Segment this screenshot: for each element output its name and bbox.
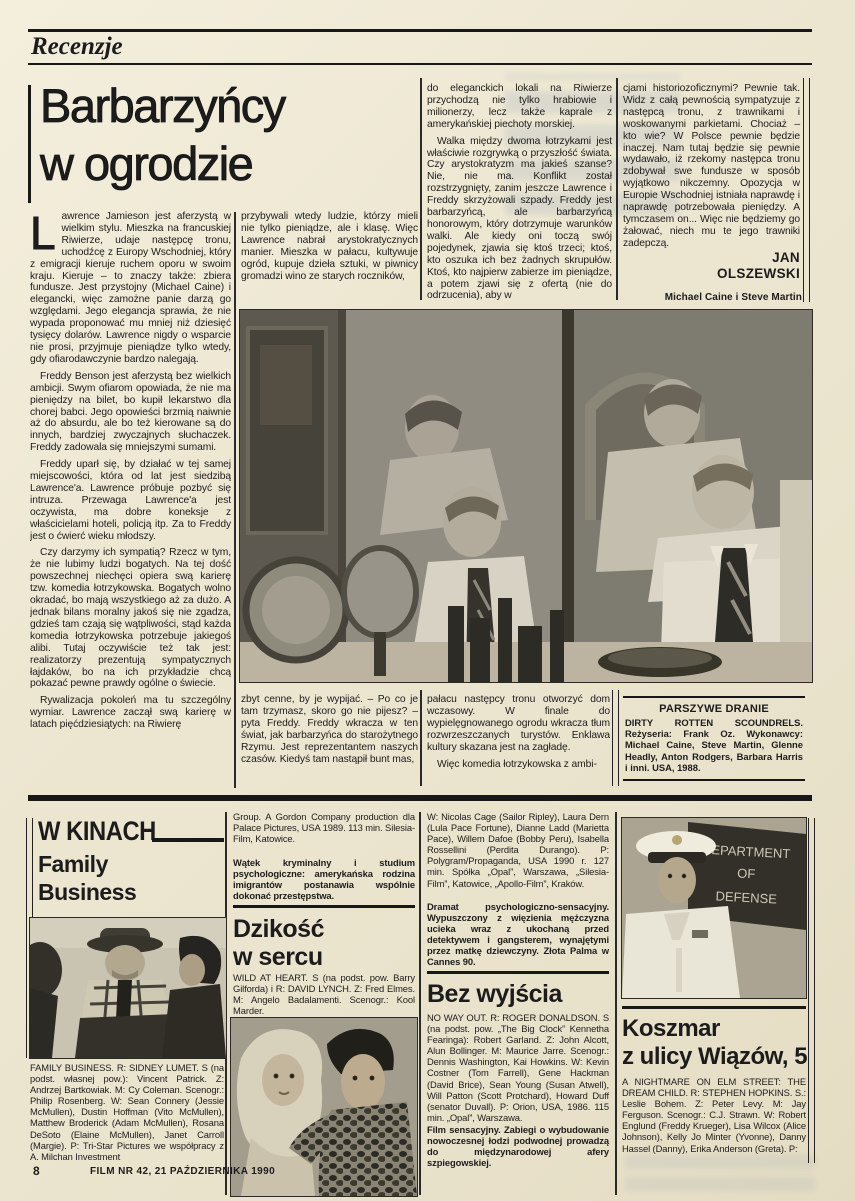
wild-at-heart-credits-continued: W: Nicolas Cage (Sailor Ripley), Laura D… xyxy=(427,811,609,889)
top-rule xyxy=(28,29,812,32)
sign-text-line2: OF xyxy=(737,866,756,882)
article-column-4-top: cjami historiozoficznymi? Pewnie tak. Wi… xyxy=(623,83,800,255)
print-bleed-through xyxy=(625,1155,815,1191)
article-column-3-top: do eleganckich lokali na Riwierze przych… xyxy=(427,83,612,307)
article-column-3-bottom: pałacu następcy tronu otworzyć dom wczas… xyxy=(427,694,610,770)
no-way-out-credits: NO WAY OUT. R: ROGER DONALDSON. S (na po… xyxy=(427,1012,609,1123)
credit-box-body: DIRTY ROTTEN SCOUNDRELS. Reżyseria: Fran… xyxy=(625,717,803,773)
column-separator xyxy=(419,812,421,1195)
entry-divider xyxy=(233,905,415,908)
section-label: Recenzje xyxy=(31,33,123,61)
family-business-credits: FAMILY BUSINESS. R: SIDNEY LUMET. S (na … xyxy=(30,1062,224,1162)
column-separator xyxy=(420,78,422,300)
paragraph: do eleganckich lokali na Riwierze przych… xyxy=(427,83,612,131)
issue-line: FILM NR 42, 21 PAŹDZIERNIKA 1990 xyxy=(90,1166,275,1177)
masthead-rule xyxy=(28,63,812,65)
credit-box-title: PARSZYWE DRANIE xyxy=(625,703,803,715)
wild-at-heart-credits: WILD AT HEART. S (na podst. pow. Barry G… xyxy=(233,972,415,1016)
photo-caption: Michael Caine i Steve Martin xyxy=(623,292,802,303)
magazine-page: { "colors": {"paper": "#ece6d2", "ink": … xyxy=(0,0,855,1201)
no-way-out-synopsis: Film sensacyjny. Zabiegi o wybudowanie n… xyxy=(427,1124,609,1168)
section-divider xyxy=(28,795,812,801)
nightmare-title-line2: z ulicy Wiązów, 5 xyxy=(622,1044,807,1070)
column-separator xyxy=(234,212,236,788)
wild-at-heart-title-line2: w sercu xyxy=(233,944,323,970)
wild-at-heart-synopsis: Dramat psychologiczno-sensacyjny. Wypusz… xyxy=(427,901,609,968)
article-title-line2: w ogrodzie xyxy=(40,138,252,190)
entry-divider xyxy=(427,971,609,974)
paragraph: pałacu następcy tronu otworzyć dom wczas… xyxy=(427,694,610,754)
column-separator-double xyxy=(612,690,619,786)
family-business-synopsis: Wątek kryminalny i studium psychologiczn… xyxy=(233,857,415,901)
photo-no-way-out: DEPARTMENT OF DEFENSE xyxy=(622,818,806,998)
byline-line1: JAN xyxy=(623,250,800,266)
article-photo-dirty-rotten-scoundrels xyxy=(240,310,812,682)
column-separator xyxy=(615,812,617,1195)
family-business-title-line2: Business xyxy=(38,879,136,905)
article-title-line1: Barbarzyńcy xyxy=(40,80,285,132)
cinema-section-header: W KINACH xyxy=(38,816,156,847)
byline-line2: OLSZEWSKI xyxy=(623,266,800,282)
header-tail-rule xyxy=(152,838,224,842)
article-column-1: Lawrence Jamieson jest aferzystą w wielk… xyxy=(30,211,231,789)
paragraph: Więc komedia łotrzykowska z ambi- xyxy=(427,759,610,771)
right-margin-rule xyxy=(808,818,815,1163)
paragraph: Czy darzymy ich sympatią? Rzecz w tym, ż… xyxy=(30,547,231,690)
paragraph: zbyt cenne, by je wypijać. – Po co je ta… xyxy=(241,694,418,765)
family-business-credits-continued: Group. A Gordon Company production dla P… xyxy=(233,811,415,844)
film-credit-box: PARSZYWE DRANIE DIRTY ROTTEN SCOUNDRELS.… xyxy=(623,696,805,781)
nightmare-credits: A NIGHTMARE ON ELM STREET: THE DREAM CHI… xyxy=(622,1076,806,1154)
headline-side-bar xyxy=(28,85,31,203)
paragraph: przybywali wtedy ludzie, którzy mieli ni… xyxy=(241,211,418,282)
paragraph: Walka między dwoma łotrzykami jest właśc… xyxy=(427,136,612,303)
paragraph: Freddy Benson jest aferzystą bez wielkic… xyxy=(30,371,231,454)
page-number: 8 xyxy=(33,1164,40,1178)
author-byline: JAN OLSZEWSKI xyxy=(623,250,800,282)
article-column-2-top: przybywali wtedy ludzie, którzy mieli ni… xyxy=(241,211,418,287)
paragraph: Freddy uparł się, by działać w tej samej… xyxy=(30,459,231,542)
column-separator xyxy=(616,78,618,300)
photo-family-business xyxy=(30,918,226,1058)
article-column-2-bottom: zbyt cenne, by je wypijać. – Po co je ta… xyxy=(241,694,418,770)
no-way-out-title: Bez wyjścia xyxy=(427,981,562,1007)
nightmare-title-line1: Koszmar xyxy=(622,1016,720,1042)
right-margin-rule xyxy=(803,78,810,302)
wild-at-heart-title-line1: Dzikość xyxy=(233,916,324,942)
paragraph: cjami historiozoficznymi? Pewnie tak. Wi… xyxy=(623,83,800,250)
drop-cap: L xyxy=(30,211,61,253)
column-separator xyxy=(420,690,422,786)
family-business-title-line1: Family xyxy=(38,851,108,877)
paragraph: Lawrence Jamieson jest aferzystą w wielk… xyxy=(30,211,231,366)
paragraph: Rywalizacja pokoleń ma tu szczególny wym… xyxy=(30,695,231,731)
entry-divider xyxy=(622,1006,806,1009)
